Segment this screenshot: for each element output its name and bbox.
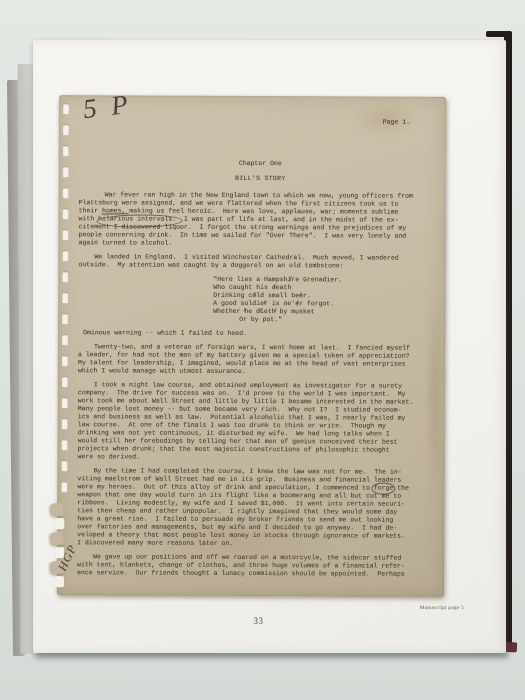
binding-hole [62,355,68,366]
binding-hole [62,376,68,387]
manuscript-paragraph: Ominous warning -- which I failed to hee… [78,329,438,339]
manuscript-verse: "Here lies a Hampshire Grenadier.Who cau… [78,275,438,325]
handwritten-mark-top: 5 P [81,89,133,126]
binding-hole [62,271,68,282]
manuscript-body: War fever ran high in the New England to… [77,191,439,585]
binding-hole [61,460,67,471]
binding-hole [62,250,68,261]
binding-hole [63,103,69,114]
manuscript-paragraph: War fever ran high in the New England to… [78,191,438,249]
torn-perforation-tab [49,531,63,545]
typed-line: outside. My attention was caught by a do… [78,261,438,271]
typed-line: which I would manage with utmost assuran… [78,367,438,377]
book-cover-corner [486,31,512,37]
binding-hole [62,334,68,345]
book-page-number: 33 [33,616,484,626]
book-caption: Manuscript page 5 [420,605,464,611]
typed-line: again turned to alcohol. [78,239,438,249]
binding-hole [62,418,68,429]
binding-hole [61,481,67,492]
photo-background: 5 P HGP Page 1. Chapter One BILL'S STORY… [0,0,525,700]
binding-hole [63,145,69,156]
chapter-heading: Chapter One [67,159,454,168]
manuscript-paragraph: Twenty-two, and a veteran of foreign war… [78,343,438,377]
manuscript-title: BILL'S STORY [67,174,454,183]
manuscript-page-header: Page 1. [383,119,410,126]
binding-hole [63,208,69,219]
typed-line: I discovered many more reasons later on. [77,539,437,549]
manuscript-paragraph: We landed in England. I visited Winchest… [78,253,438,271]
typed-line: were so derived. [77,453,437,463]
torn-edge-notch [55,518,64,529]
typed-line: ence service. Our friends thought a luna… [77,569,437,579]
binding-hole [62,397,68,408]
torn-edge-notch [55,576,64,587]
manuscript-photo: 5 P HGP Page 1. Chapter One BILL'S STORY… [57,95,446,597]
manuscript-paragraph: By the time I had completed the course, … [77,467,437,549]
manuscript-paragraph: We gave up our positions and off we roar… [77,553,437,579]
typed-line: Ominous warning -- which I failed to hee… [78,329,438,339]
typed-line: Or by pot." [239,316,438,325]
binding-hole [63,124,69,135]
binding-hole [62,292,68,303]
manuscript-paragraph: I took a night law course, and obtained … [77,381,437,463]
binding-hole [62,439,68,450]
book-page: 5 P HGP Page 1. Chapter One BILL'S STORY… [33,40,506,653]
torn-perforation-tab [50,502,64,516]
binding-hole [62,229,68,240]
binding-hole [62,313,68,324]
binding-hole [63,187,69,198]
